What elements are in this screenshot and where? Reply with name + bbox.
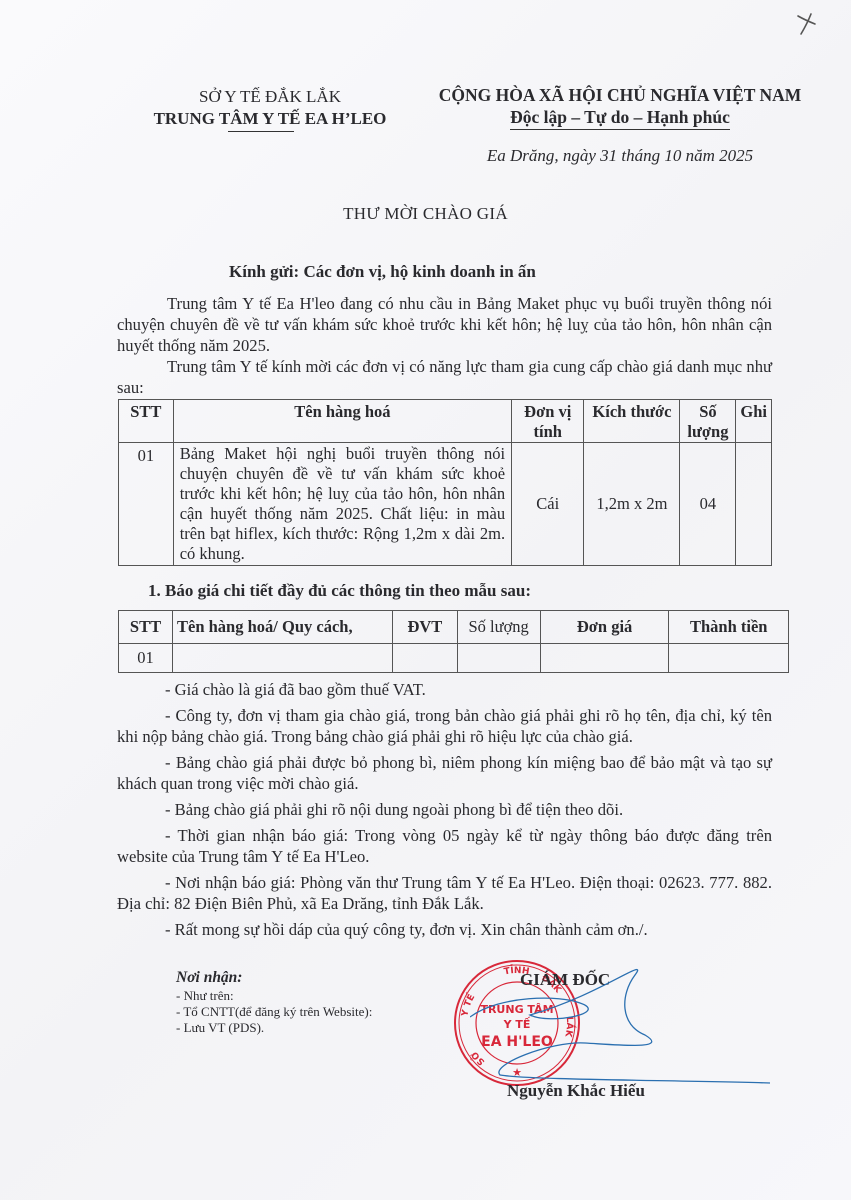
issuing-agency: SỞ Y TẾ ĐẮK LẮK TRUNG TÂM Y TẾ EA H’LEO: [130, 86, 410, 130]
agency-name: TRUNG TÂM Y TẾ EA H’LEO: [130, 108, 410, 130]
recipient-item: - Lưu VT (PDS).: [176, 1020, 372, 1036]
items-table-header: STT Tên hàng hoá Đơn vị tính Kích thước …: [119, 400, 772, 443]
cell-item-name: Bảng Maket hội nghị buổi truyền thông nó…: [173, 443, 511, 566]
cell-stt: 01: [119, 644, 173, 673]
cell-qty: [457, 644, 540, 673]
table-row: 01 Bảng Maket hội nghị buổi truyền thông…: [119, 443, 772, 566]
quote-table-header: STT Tên hàng hoá/ Quy cách, ĐVT Số lượng…: [119, 611, 789, 644]
cell-unit: [393, 644, 457, 673]
col-unit: ĐVT: [393, 611, 457, 644]
col-item-spec: Tên hàng hoá/ Quy cách,: [173, 611, 393, 644]
col-stt: STT: [119, 611, 173, 644]
col-item-name: Tên hàng hoá: [173, 400, 511, 443]
condition-item: - Giá chào là giá đã bao gồm thuế VAT.: [117, 679, 772, 700]
cell-unit-price: [540, 644, 669, 673]
document-title: THƯ MỜI CHÀO GIÁ: [0, 204, 851, 224]
col-qty: Số lượng: [457, 611, 540, 644]
condition-item: - Bảng chào giá phải được bỏ phong bì, n…: [117, 752, 772, 794]
col-size: Kích thước: [584, 400, 680, 443]
quote-template-table: STT Tên hàng hoá/ Quy cách, ĐVT Số lượng…: [118, 610, 789, 673]
cell-unit: Cái: [512, 443, 584, 566]
col-unit-price: Đơn giá: [540, 611, 669, 644]
nation-name: CỘNG HÒA XÃ HỘI CHỦ NGHĨA VIỆT NAM: [410, 84, 830, 106]
col-qty: Số lượng: [680, 400, 736, 443]
items-table: STT Tên hàng hoá Đơn vị tính Kích thước …: [118, 399, 772, 566]
cell-qty: 04: [680, 443, 736, 566]
cell-item-spec: [173, 644, 393, 673]
condition-item: - Rất mong sự hồi dáp của quý công ty, đ…: [117, 919, 772, 940]
col-stt: STT: [119, 400, 174, 443]
recipient-item: - Tổ CNTT(để đăng ký trên Website):: [176, 1004, 372, 1020]
recipients-heading: Nơi nhận:: [176, 970, 372, 986]
col-total: Thành tiền: [669, 611, 789, 644]
condition-item: - Bảng chào giá phải ghi rõ nội dung ngo…: [117, 799, 772, 820]
table-row: 01: [119, 644, 789, 673]
conditions-list: - Giá chào là giá đã bao gồm thuế VAT. -…: [117, 679, 772, 945]
cell-note: [736, 443, 772, 566]
national-header: CỘNG HÒA XÃ HỘI CHỦ NGHĨA VIỆT NAM Độc l…: [410, 84, 830, 130]
signer-name: Nguyễn Khắc Hiếu: [507, 1081, 645, 1101]
salutation: Kính gửi: Các đơn vị, hộ kinh doanh in ấ…: [229, 262, 536, 282]
handwritten-x-mark: [795, 10, 821, 36]
condition-item: - Thời gian nhận báo giá: Trong vòng 05 …: [117, 825, 772, 867]
place-date: Ea Drăng, ngày 31 tháng 10 năm 2025: [410, 146, 830, 166]
section-1-heading: 1. Báo giá chi tiết đầy đủ các thông tin…: [148, 581, 531, 601]
intro-paragraph: Trung tâm Y tế Ea H'leo đang có nhu cầu …: [117, 293, 772, 356]
recipient-item: - Như trên:: [176, 988, 372, 1004]
cell-stt: 01: [119, 443, 174, 566]
national-motto: Độc lập – Tự do – Hạnh phúc: [510, 106, 730, 130]
cell-size: 1,2m x 2m: [584, 443, 680, 566]
cell-total: [669, 644, 789, 673]
col-unit: Đơn vị tính: [512, 400, 584, 443]
handwritten-signature: [470, 955, 770, 1095]
agency-underline: [228, 131, 294, 132]
condition-item: - Công ty, đơn vị tham gia chào giá, tro…: [117, 705, 772, 747]
document-page: SỞ Y TẾ ĐẮK LẮK TRUNG TÂM Y TẾ EA H’LEO …: [0, 0, 851, 1200]
invitation-paragraph: Trung tâm Y tế kính mời các đơn vị có nă…: [117, 356, 772, 398]
col-note: Ghi: [736, 400, 772, 443]
condition-item: - Nơi nhận báo giá: Phòng văn thư Trung …: [117, 872, 772, 914]
recipients-block: Nơi nhận: - Như trên: - Tổ CNTT(để đăng …: [176, 970, 372, 1036]
agency-parent: SỞ Y TẾ ĐẮK LẮK: [130, 86, 410, 108]
